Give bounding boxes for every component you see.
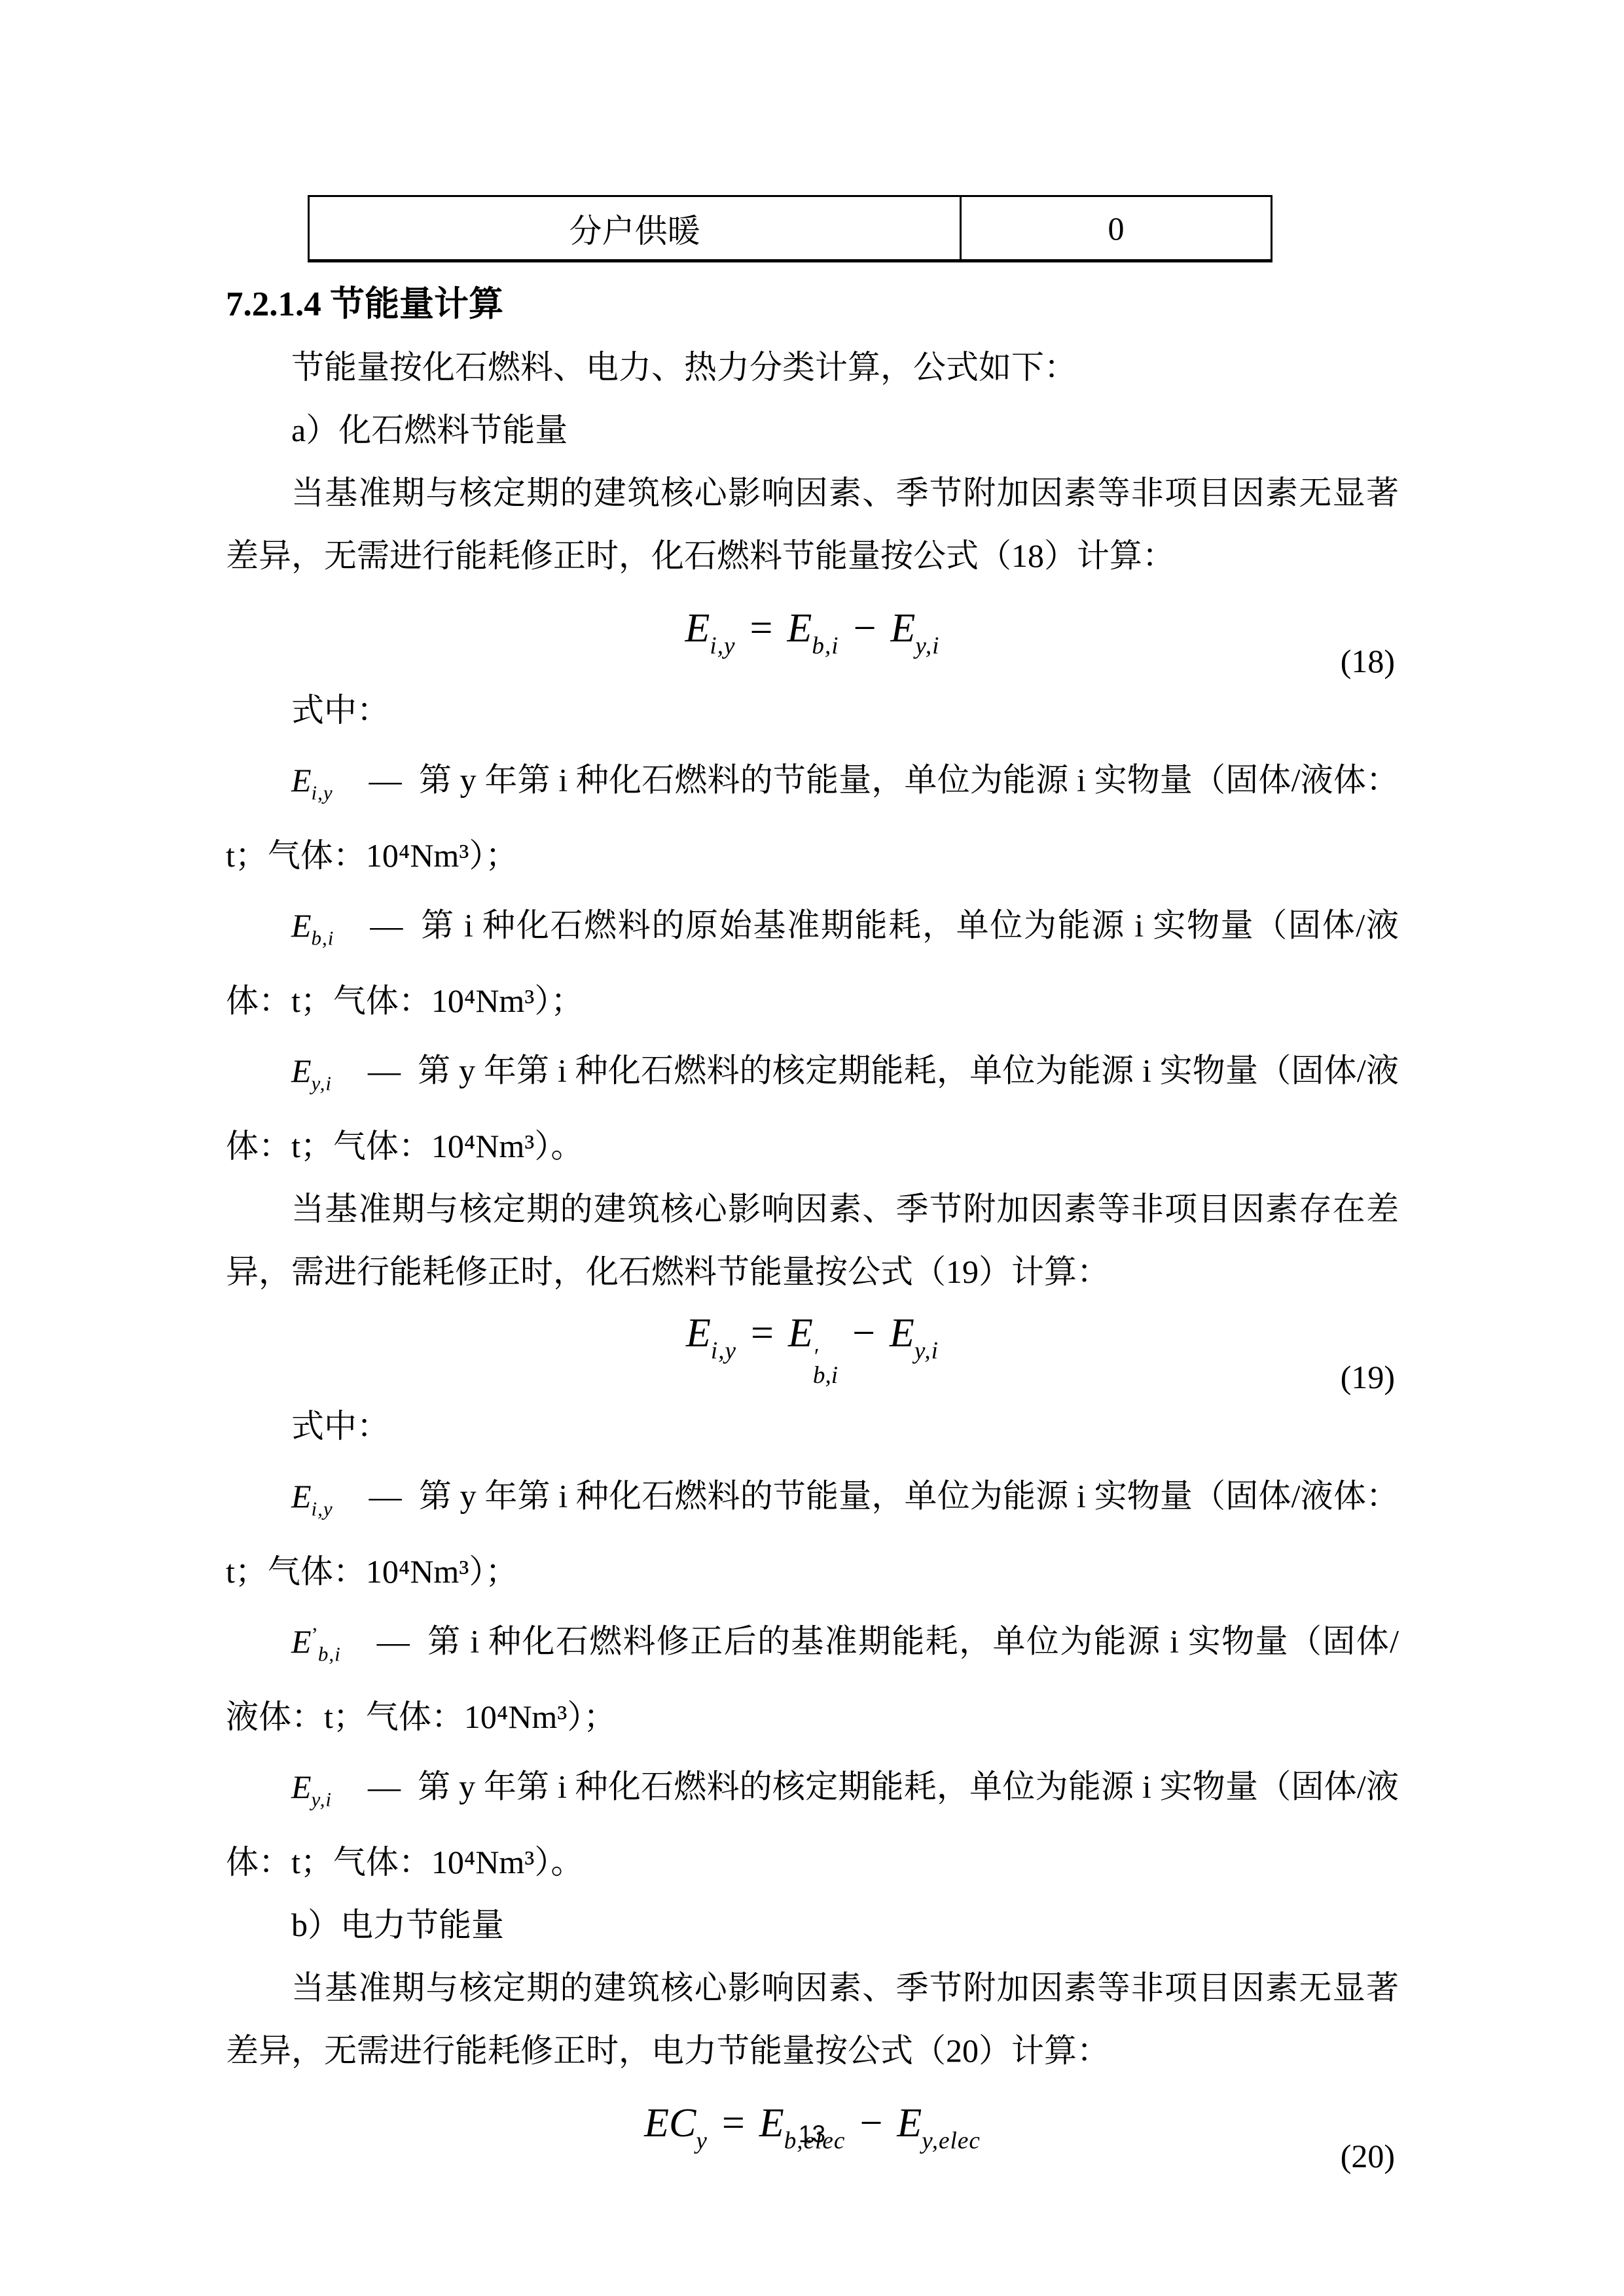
- definition-symbol: Ey,i: [291, 1052, 332, 1089]
- paragraph-intro: 节能量按化石燃料、电力、热力分类计算，公式如下：: [226, 336, 1399, 399]
- definition-dash: —: [377, 1623, 410, 1660]
- document-page: 分户供暖 0 7.2.1.4 节能量计算 节能量按化石燃料、电力、热力分类计算，…: [0, 0, 1624, 2296]
- definition-item: Ei,y—第 y 年第 i 种化石燃料的节能量，单位为能源 i 实物量（固体/液…: [226, 1458, 1399, 1603]
- paragraph-formula20-lead: 当基准期与核定期的建筑核心影响因素、季节附加因素等非项目因素无显著差异，无需进行…: [226, 1956, 1399, 2082]
- definition-item: E’b,i—第 i 种化石燃料修正后的基准期能耗，单位为能源 i 实物量（固体/…: [226, 1603, 1399, 1748]
- definition-item: Ey,i—第 y 年第 i 种化石燃料的核定期能耗，单位为能源 i 实物量（固体…: [226, 1748, 1399, 1893]
- section-heading: 7.2.1.4 节能量计算: [226, 273, 1399, 336]
- list-item-a: a）化石燃料节能量: [226, 399, 1399, 461]
- section-number: 7.2.1.4: [226, 285, 321, 323]
- definition-dash: —: [369, 762, 402, 798]
- definition-item: Eb,i—第 i 种化石燃料的原始基准期能耗，单位为能源 i 实物量（固体/液体…: [226, 887, 1399, 1032]
- table-cell-label: 分户供暖: [310, 197, 962, 259]
- table-fragment: 分户供暖 0: [308, 195, 1272, 262]
- paragraph-formula19-lead: 当基准期与核定期的建筑核心影响因素、季节附加因素等非项目因素存在差异，需进行能耗…: [226, 1177, 1399, 1303]
- formula-18: Ei,y=Eb,i−Ey,i: [685, 608, 939, 658]
- equation-row-19: Ei,y=E′b,i−Ey,i (19): [226, 1303, 1399, 1395]
- list-item-b: b）电力节能量: [226, 1893, 1399, 1956]
- definition-item: Ey,i—第 y 年第 i 种化石燃料的核定期能耗，单位为能源 i 实物量（固体…: [226, 1032, 1399, 1177]
- formula-19: Ei,y=E′b,i−Ey,i: [686, 1313, 939, 1386]
- definition-symbol: Ei,y: [291, 1478, 333, 1515]
- where-label-1: 式中：: [226, 679, 1399, 742]
- definition-text: 第 y 年第 i 种化石燃料的核定期能耗，单位为能源 i 实物量（固体/液体：t…: [226, 1768, 1399, 1880]
- definition-dash: —: [368, 1768, 401, 1805]
- equation-number-19: (19): [1341, 1361, 1395, 1393]
- definition-symbol: Ei,y: [291, 762, 333, 798]
- section-title: 节能量计算: [330, 285, 503, 323]
- equation-number-18: (18): [1341, 645, 1395, 677]
- definition-symbol: Eb,i: [291, 907, 334, 944]
- definition-item: Ei,y—第 y 年第 i 种化石燃料的节能量，单位为能源 i 实物量（固体/液…: [226, 742, 1399, 887]
- definition-dash: —: [369, 1478, 402, 1515]
- table-cell-value: 0: [962, 197, 1271, 259]
- definition-symbol: Ey,i: [291, 1768, 332, 1805]
- paragraph-formula18-lead: 当基准期与核定期的建筑核心影响因素、季节附加因素等非项目因素无显著差异，无需进行…: [226, 461, 1399, 587]
- where-label-2: 式中：: [226, 1395, 1399, 1458]
- definition-dash: —: [370, 907, 403, 944]
- document-body: 7.2.1.4 节能量计算 节能量按化石燃料、电力、热力分类计算，公式如下： a…: [226, 273, 1399, 2174]
- definition-text: 第 y 年第 i 种化石燃料的核定期能耗，单位为能源 i 实物量（固体/液体：t…: [226, 1052, 1399, 1164]
- definition-dash: —: [368, 1052, 401, 1089]
- page-number: 13: [0, 2121, 1624, 2148]
- definition-symbol: E’b,i: [291, 1623, 341, 1660]
- equation-row-18: Ei,y=Eb,i−Ey,i (18): [226, 587, 1399, 679]
